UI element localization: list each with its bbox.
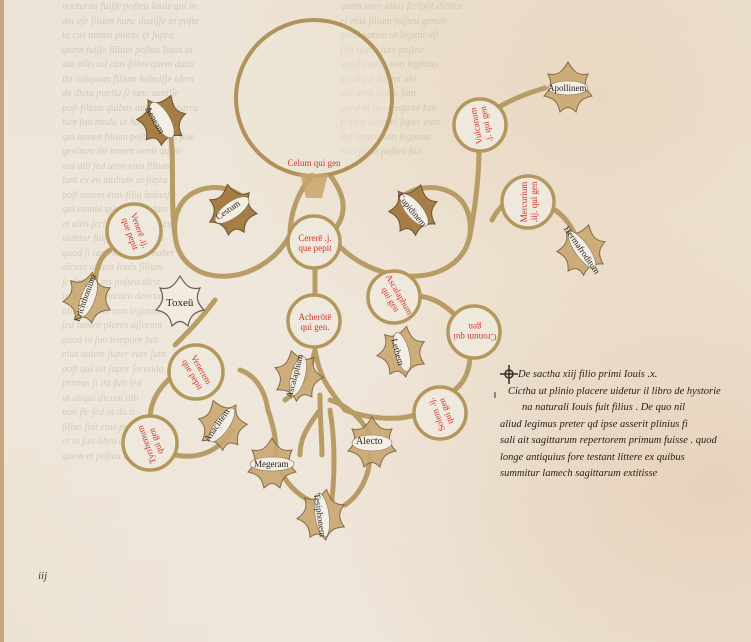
label-celum: Celum qui gen	[270, 158, 358, 168]
leaf-alecto: Alecto	[356, 437, 383, 447]
text-line: summitur lamech sagittarum extitisse	[500, 466, 750, 483]
folio-mark: iij	[38, 570, 47, 582]
leaf-megeram: Megeram	[254, 459, 288, 469]
text-line: Cictha ut plinio placere uidetur il libr…	[500, 384, 750, 401]
genealogy-tree-diagram	[0, 0, 751, 642]
text-line: longe antiquius fore testant littere ex …	[500, 450, 750, 467]
text-block: De sactha xiij filio primi Iouis .x. Cic…	[500, 367, 750, 483]
text-line: na naturali Iouis fuit filius . De quo n…	[500, 400, 750, 417]
label-acherontem: Acherōtē qui gen.	[292, 312, 338, 332]
text-line: sali ait sagittarum repertorem primum fu…	[500, 433, 750, 450]
text-line: aliud legimus preter qd ipse asserit pli…	[500, 417, 750, 434]
label-mercurium: Mercurium .iij. qui gen	[519, 179, 539, 225]
circle-celum	[236, 20, 392, 176]
manuscript-page: nocturna fuiſſe poſtea Iouis qui indei e…	[0, 0, 751, 642]
leaf-toxeu: Toxeū	[166, 298, 193, 308]
label-cronum: Cronum qui gen	[452, 322, 498, 342]
text-heading: De sactha xiij filio primi Iouis .x.	[500, 367, 750, 384]
label-cererem: Cererē .j. que pepit	[292, 233, 338, 253]
leaf-apollinem: Apollinem	[548, 83, 587, 93]
